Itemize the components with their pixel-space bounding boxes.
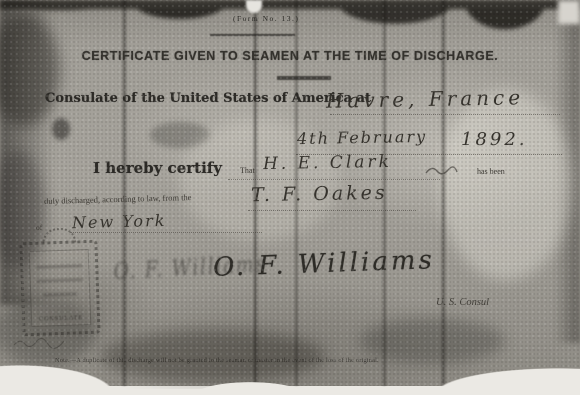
place-handwritten: Havre, France — [326, 85, 524, 112]
pen-flourish — [424, 163, 458, 177]
paper-ragged-bottom-edge — [0, 361, 580, 395]
ink-scribble — [12, 334, 66, 350]
of-printed-text: of — [36, 223, 42, 232]
entry-baseline — [228, 178, 440, 180]
date-handwritten: 4th February — [297, 127, 427, 148]
ship-name-handwritten: T. F. Oakes — [251, 182, 388, 206]
photo-corner-highlight — [558, 0, 580, 24]
divider-rule — [210, 34, 295, 36]
entry-baseline — [330, 113, 560, 115]
port-handwritten: New York — [72, 211, 167, 232]
that-printed-text: That — [240, 166, 255, 175]
ink-spot — [52, 118, 70, 140]
consul-signature-handwritten: O. F. Williams — [213, 245, 436, 283]
divider-dash — [277, 76, 331, 80]
entry-baseline — [248, 209, 416, 211]
paper-light-patch — [440, 90, 572, 280]
certify-printed-text: I hereby certify — [93, 159, 222, 177]
year-handwritten: 1892. — [461, 129, 528, 150]
certificate-paper: (Form No. 13.) CERTIFICATE GIVEN TO SEAM… — [0, 0, 580, 386]
seaman-name-handwritten: H. E. Clark — [263, 152, 392, 174]
entry-baseline — [70, 231, 262, 233]
has-been-printed-text: has been — [477, 167, 505, 176]
document-title: CERTIFICATE GIVEN TO SEAMEN AT THE TIME … — [0, 49, 580, 63]
consul-title-printed: U. S. Consul — [436, 297, 489, 308]
form-number: (Form No. 13.) — [233, 14, 299, 23]
consular-stamp: CONSULATE — [19, 240, 100, 337]
consulate-printed-text: Consulate of the United States of Americ… — [45, 91, 371, 106]
photograph-of-certificate: (Form No. 13.) CERTIFICATE GIVEN TO SEAM… — [0, 0, 580, 395]
discharged-printed-text: duly discharged, according to law, from … — [44, 192, 192, 206]
